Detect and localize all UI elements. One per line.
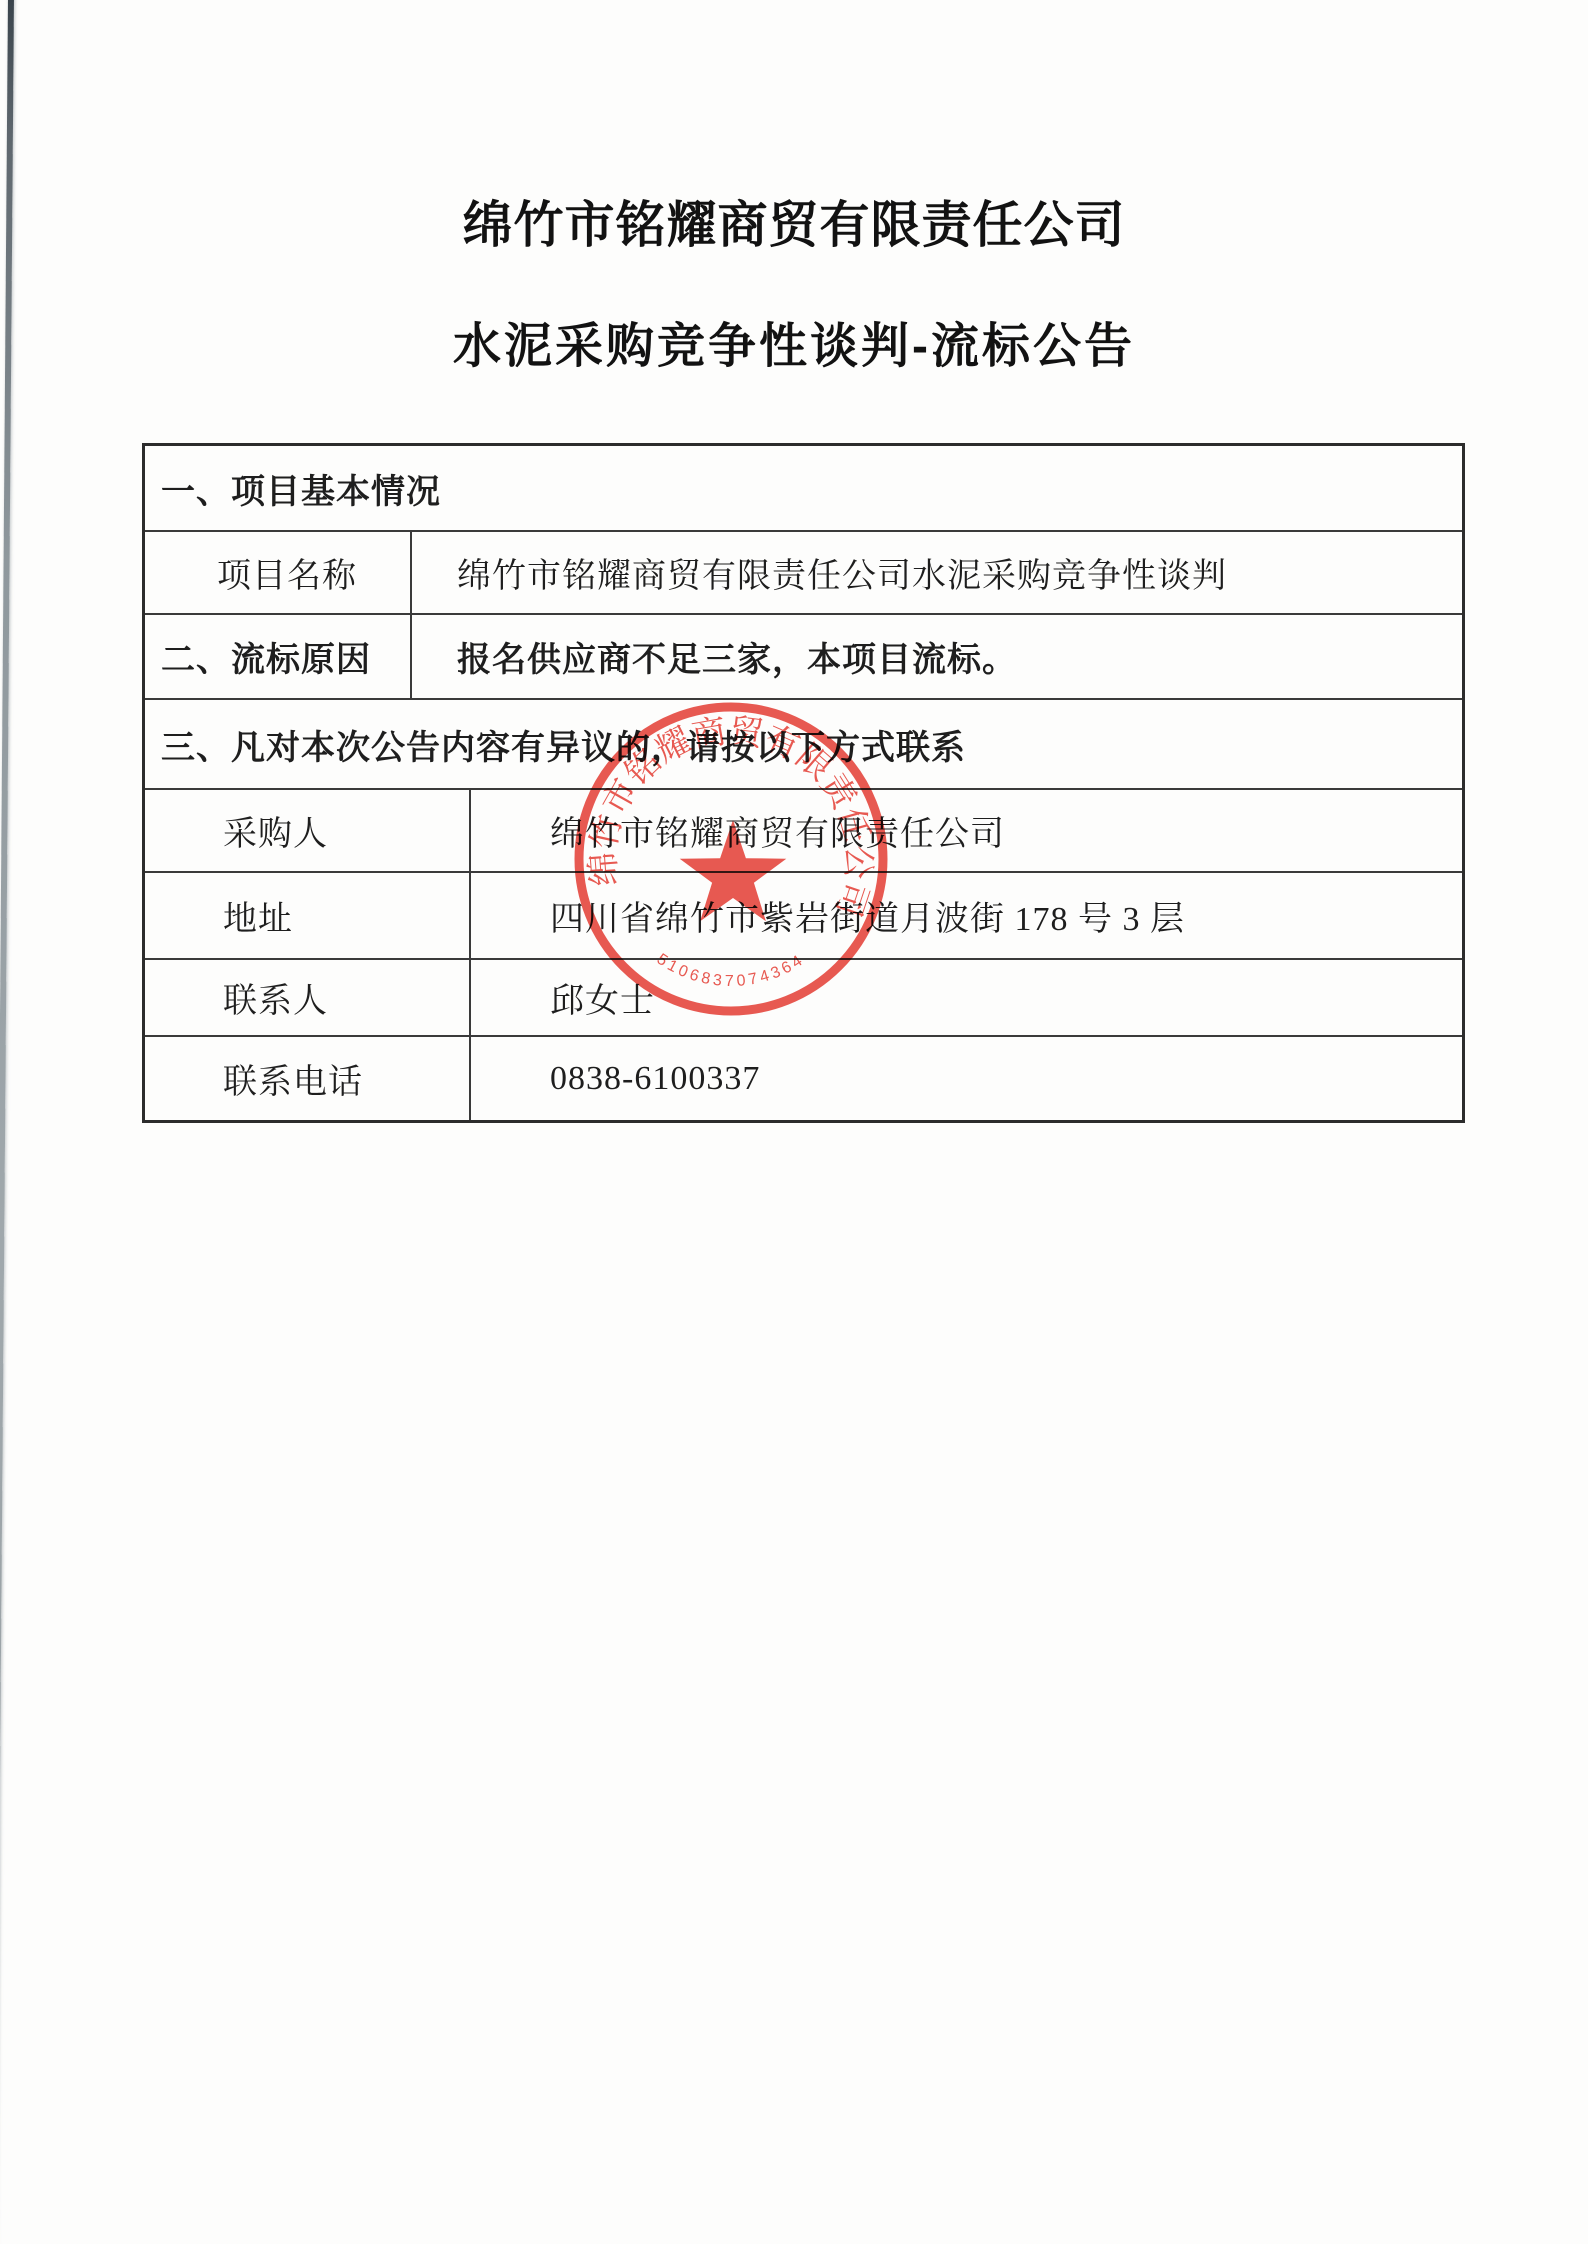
table-row-section-1: 一、项目基本情况 bbox=[145, 446, 1462, 530]
section-heading: 一、项目基本情况 bbox=[145, 446, 1462, 530]
row-value: 0838-6100337 bbox=[471, 1037, 1462, 1120]
row-label: 联系电话 bbox=[145, 1037, 471, 1120]
page-title-company: 绵竹市铭耀商贸有限责任公司 bbox=[0, 197, 1588, 255]
row-value: 绵竹市铭耀商贸有限责任公司水泥采购竞争性谈判 bbox=[412, 532, 1462, 613]
page-title-notice: 水泥采购竞争性谈判-流标公告 bbox=[0, 319, 1588, 374]
row-label: 项目名称 bbox=[145, 532, 412, 613]
company-seal: 绵竹市铭耀商贸有限责任公司 5106837074364 bbox=[556, 680, 920, 1044]
table-row-contact-phone: 联系电话 0838-6100337 bbox=[145, 1035, 1462, 1120]
seal-registration-number: 5106837074364 bbox=[654, 951, 809, 990]
table-row-project-name: 项目名称 绵竹市铭耀商贸有限责任公司水泥采购竞争性谈判 bbox=[145, 530, 1462, 613]
svg-text:5106837074364: 5106837074364 bbox=[654, 951, 809, 990]
seal-star-icon bbox=[680, 820, 787, 921]
row-label: 地址 bbox=[145, 873, 471, 958]
row-label: 采购人 bbox=[145, 790, 471, 871]
row-label: 二、流标原因 bbox=[145, 615, 412, 698]
row-label: 联系人 bbox=[145, 960, 471, 1035]
